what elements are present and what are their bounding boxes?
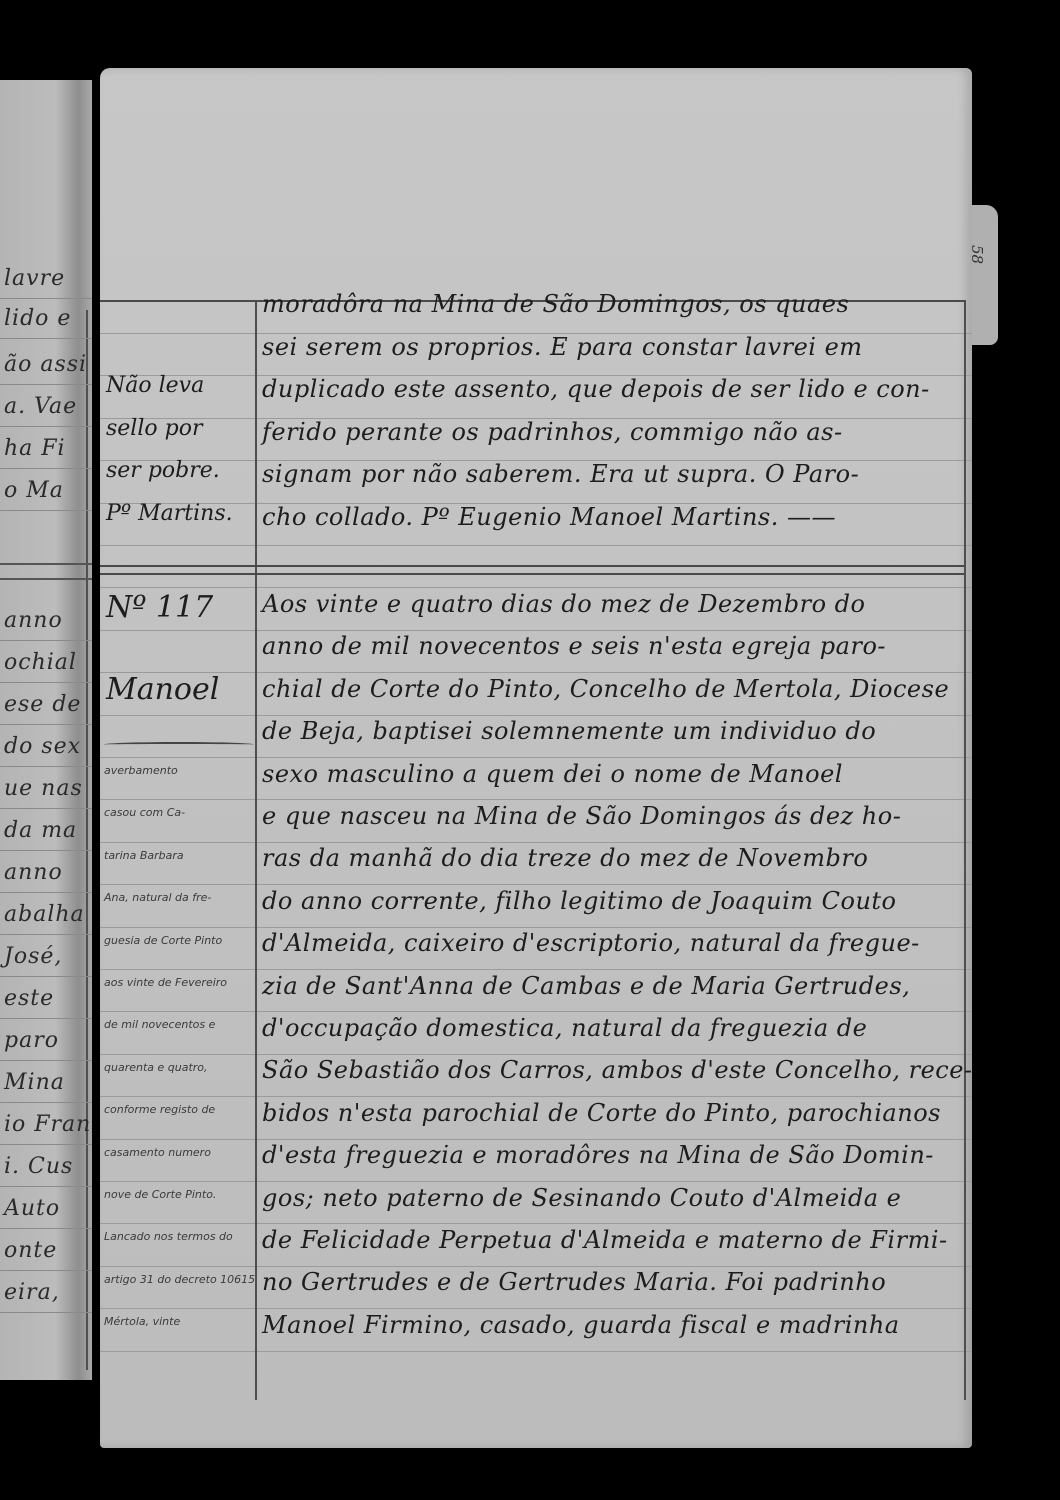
margin-column-rule xyxy=(255,300,257,1400)
facing-page-ruled-line xyxy=(0,892,92,893)
ruled-line xyxy=(100,884,972,885)
marginal-annotation-line: Mértola, vinte xyxy=(104,1315,180,1328)
ruled-line xyxy=(100,1011,972,1012)
record-text-line: duplicado este assento, que depois de se… xyxy=(262,375,930,403)
facing-page-ruled-line xyxy=(0,766,92,767)
facing-page-fragment: da ma xyxy=(4,818,77,843)
ruled-line xyxy=(100,1223,972,1224)
facing-page-ruled-line xyxy=(0,298,92,299)
facing-page-ruled-line xyxy=(0,510,92,511)
facing-page-edge: lavrelido eão assia. Vaeha Fio Maannooch… xyxy=(0,80,92,1380)
record-text-line: chial de Corte do Pinto, Concelho de Mer… xyxy=(262,675,949,703)
record-text-line: de Felicidade Perpetua d'Almeida e mater… xyxy=(262,1226,948,1254)
facing-page-fragment: ha Fi xyxy=(4,436,66,461)
facing-page-fragment: anno xyxy=(4,608,63,633)
record-text-line: de Beja, baptisei solemnemente um indivi… xyxy=(262,717,876,745)
record-text-line: sei serem os proprios. E para constar la… xyxy=(262,333,863,361)
marginal-annotation-line: nove de Corte Pinto. xyxy=(104,1188,216,1201)
register-page: Não levasello porser pobre.Pº Martins. m… xyxy=(100,68,972,1448)
facing-page-fragment: José, xyxy=(4,944,62,969)
facing-page-ruled-line xyxy=(0,640,92,641)
facing-page-entry-divider xyxy=(0,578,92,580)
marginal-annotation-line: de mil novecentos e xyxy=(104,1018,215,1031)
record-text-line: anno de mil novecentos e seis n'esta egr… xyxy=(262,632,886,660)
facing-page-fragment: a. Vae xyxy=(4,394,77,419)
marginal-annotation-line: Ana, natural da fre- xyxy=(104,891,211,904)
record-text-line: Aos vinte e quatro dias do mez de Dezemb… xyxy=(262,590,866,618)
facing-page-ruled-line xyxy=(0,1060,92,1061)
record-text-line: São Sebastião dos Carros, ambos d'este C… xyxy=(262,1056,973,1084)
ruled-line xyxy=(100,927,972,928)
ruled-line xyxy=(100,1308,972,1309)
facing-page-ruled-line xyxy=(0,850,92,851)
record-text-line: sexo masculino a quem dei o nome de Mano… xyxy=(262,760,843,788)
facing-page-ruled-line xyxy=(0,934,92,935)
facing-page-ruled-line xyxy=(0,808,92,809)
ruled-line xyxy=(100,757,972,758)
right-border-rule xyxy=(964,300,966,1400)
facing-page-column-rule xyxy=(86,310,88,1370)
ruled-line xyxy=(100,799,972,800)
record-text-line: d'occupação domestica, natural da fregue… xyxy=(262,1014,867,1042)
ruled-line xyxy=(100,969,972,970)
ruled-line xyxy=(100,1181,972,1182)
facing-page-ruled-line xyxy=(0,1228,92,1229)
margin-note-line: ser pobre. xyxy=(106,458,220,483)
facing-page-fragment: eira, xyxy=(4,1280,60,1305)
ruled-line xyxy=(100,1054,972,1055)
facing-page-fragment: o Ma xyxy=(4,478,64,503)
record-text-line: zia de Sant'Anna de Cambas e de Maria Ge… xyxy=(262,972,910,1000)
facing-page-fragment: lido e xyxy=(4,306,71,331)
facing-page-fragment: abalha xyxy=(4,902,85,927)
ruled-line xyxy=(100,545,972,546)
record-text-line: do anno corrente, filho legitimo de Joaq… xyxy=(262,887,897,915)
ruled-line xyxy=(100,1096,972,1097)
facing-page-fragment: ão assi xyxy=(4,352,87,377)
facing-page-fragment: anno xyxy=(4,860,63,885)
marginal-annotation-line: quarenta e quatro, xyxy=(104,1061,208,1074)
facing-page-ruled-line xyxy=(0,338,92,339)
facing-page-fragment: onte xyxy=(4,1238,57,1263)
marginal-annotation-line: guesia de Corte Pinto xyxy=(104,934,222,947)
record-text-line: ferido perante os padrinhos, commigo não… xyxy=(262,418,843,446)
marginal-annotation-line: artigo 31 do decreto 10615 xyxy=(104,1273,255,1286)
facing-page-ruled-line xyxy=(0,1270,92,1271)
entry-divider-double xyxy=(100,573,966,575)
entry-number: Nº 117 xyxy=(106,590,213,625)
record-text-line: bidos n'esta parochial de Corte do Pinto… xyxy=(262,1099,941,1127)
ruled-line xyxy=(100,672,972,673)
record-text-line: Manoel Firmino, casado, guarda fiscal e … xyxy=(262,1311,900,1339)
facing-page-ruled-line xyxy=(0,468,92,469)
facing-page-fragment: Auto xyxy=(4,1196,60,1221)
facing-page-fragment: Mina xyxy=(4,1070,65,1095)
marginal-annotation-line: casou com Ca- xyxy=(104,806,185,819)
facing-page-fragment: i. Cus xyxy=(4,1154,73,1179)
torn-page-scrap xyxy=(968,205,998,345)
facing-page-ruled-line xyxy=(0,724,92,725)
facing-page-ruled-line xyxy=(0,384,92,385)
margin-note-line: Não leva xyxy=(106,373,204,398)
baptized-name: Manoel xyxy=(106,672,219,707)
ruled-line xyxy=(100,1351,972,1352)
facing-page-fragment: este xyxy=(4,986,54,1011)
record-text-line: moradôra na Mina de São Domingos, os qua… xyxy=(262,290,849,318)
facing-page-fragment: do sex xyxy=(4,734,81,759)
margin-note-line: Pº Martins. xyxy=(106,501,233,526)
facing-page-ruled-line xyxy=(0,426,92,427)
facing-page-ruled-line xyxy=(0,1102,92,1103)
marginal-annotation-line: averbamento xyxy=(104,764,178,777)
record-text-line: d'esta freguezia e moradôres na Mina de … xyxy=(262,1141,934,1169)
facing-page-fragment: io Fran xyxy=(4,1112,91,1137)
facing-page-ruled-line xyxy=(0,1144,92,1145)
entry-divider xyxy=(100,565,966,567)
marginal-annotation-line: Lancado nos termos do xyxy=(104,1230,233,1243)
marginal-annotation-line: conforme registo de xyxy=(104,1103,215,1116)
facing-page-entry-divider xyxy=(0,563,92,565)
record-text-line: cho collado. Pº Eugenio Manoel Martins. … xyxy=(262,503,836,531)
facing-page-ruled-line xyxy=(0,1186,92,1187)
record-text-line: d'Almeida, caixeiro d'escriptorio, natur… xyxy=(262,929,920,957)
facing-page-fragment: paro xyxy=(4,1028,59,1053)
record-text-line: gos; neto paterno de Sesinando Couto d'A… xyxy=(262,1184,901,1212)
facing-page-fragment: ochial xyxy=(4,650,77,675)
ruled-line xyxy=(100,587,972,588)
name-underline-flourish xyxy=(104,742,254,747)
facing-page-ruled-line xyxy=(0,1312,92,1313)
record-text-line: e que nasceu na Mina de São Domingos ás … xyxy=(262,802,901,830)
facing-page-ruled-line xyxy=(0,976,92,977)
facing-page-fragment: lavre xyxy=(4,266,65,291)
margin-note-line: sello por xyxy=(106,416,202,441)
marginal-annotation-line: casamento numero xyxy=(104,1146,211,1159)
marginal-annotation-line: aos vinte de Fevereiro xyxy=(104,976,227,989)
record-text-line: no Gertrudes e de Gertrudes Maria. Foi p… xyxy=(262,1268,886,1296)
ruled-line xyxy=(100,842,972,843)
ruled-line xyxy=(100,1266,972,1267)
facing-page-ruled-line xyxy=(0,682,92,683)
facing-page-fragment: ue nas xyxy=(4,776,83,801)
ruled-line xyxy=(100,1139,972,1140)
record-text-line: signam por não saberem. Era ut supra. O … xyxy=(262,460,859,488)
ruled-line xyxy=(100,630,972,631)
facing-page-fragment: ese de xyxy=(4,692,81,717)
ruled-line xyxy=(100,715,972,716)
facing-page-ruled-line xyxy=(0,1018,92,1019)
marginal-annotation-line: tarina Barbara xyxy=(104,849,184,862)
record-text-line: ras da manhã do dia treze do mez de Nove… xyxy=(262,844,868,872)
